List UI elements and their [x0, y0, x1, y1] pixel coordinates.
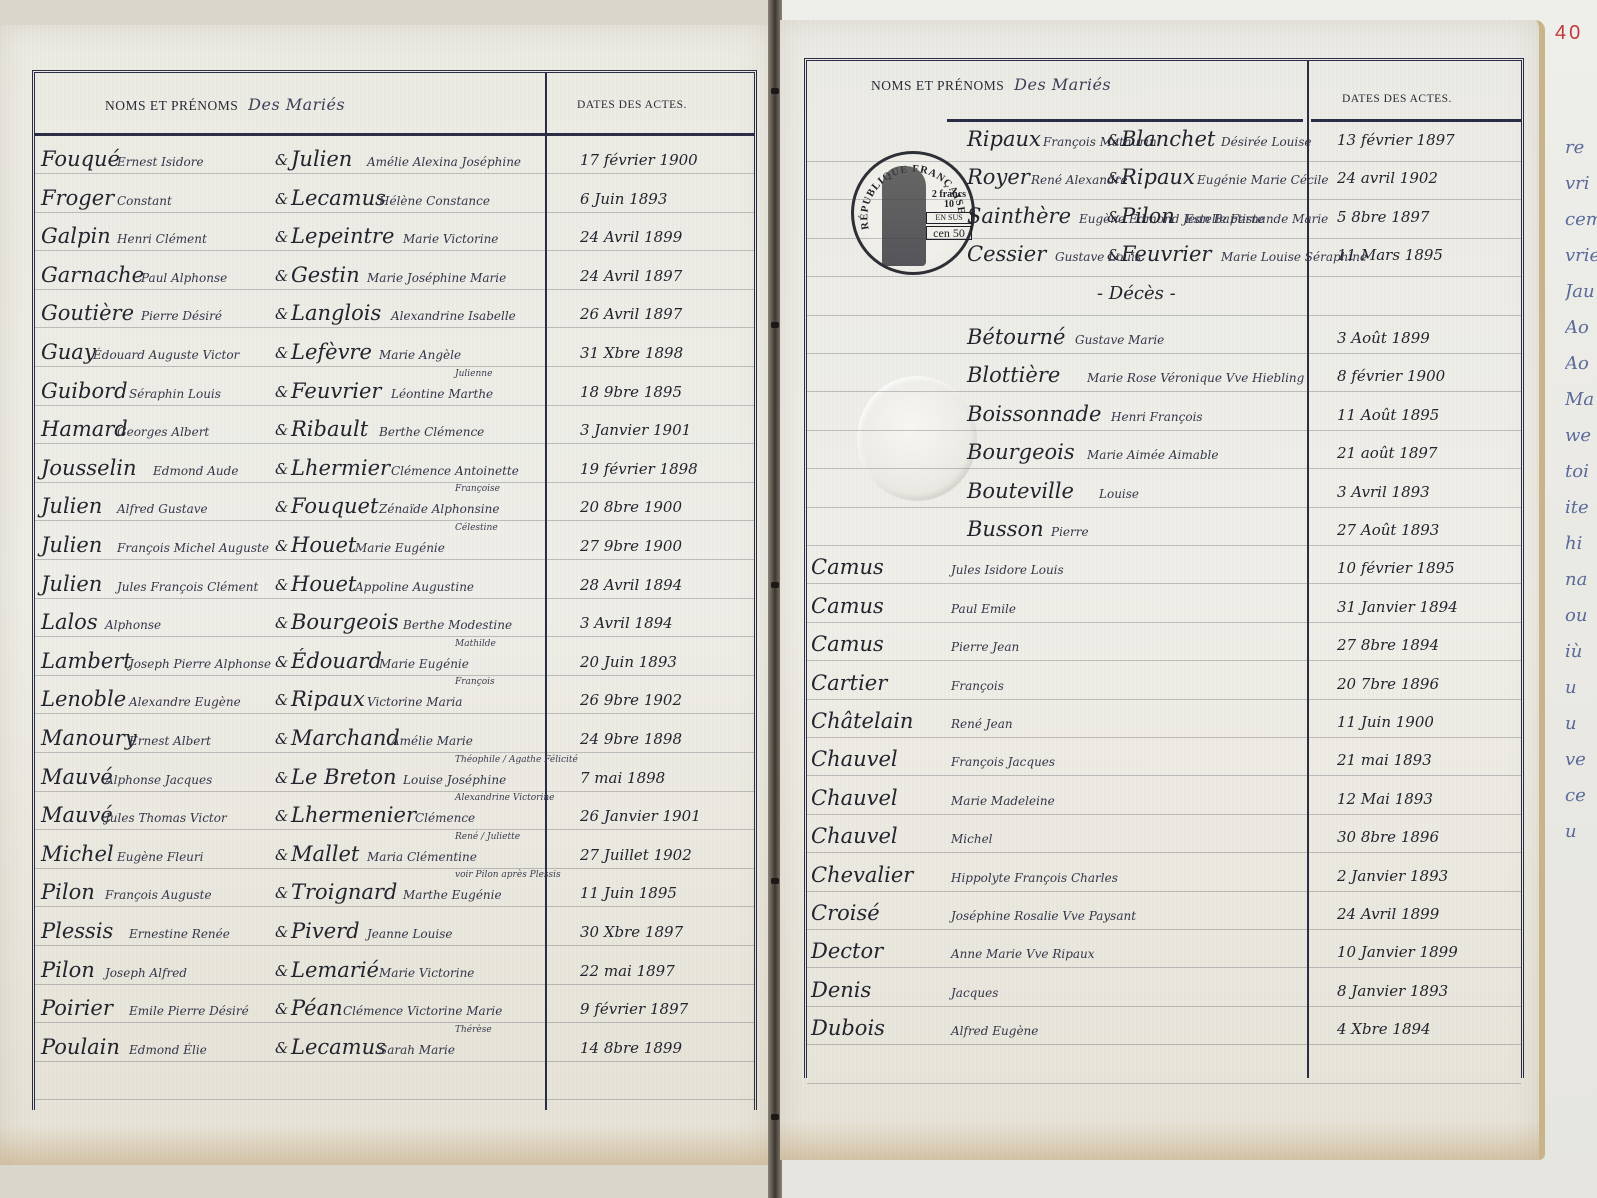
death-entry: ChâtelainRené Jean11 Juin 1900	[807, 705, 1521, 743]
deceased-surname: Camus	[811, 594, 884, 618]
annotation: Françoise	[455, 484, 500, 494]
bride-given-names: Louise Joséphine	[403, 773, 506, 787]
deceased-surname: Chauvel	[811, 786, 898, 810]
groom-given-names: Alfred Gustave	[117, 502, 208, 516]
bride-surname: Mallet	[291, 842, 359, 866]
groom-surname: Mauvé	[41, 803, 113, 827]
death-entry: CartierFrançois20 7bre 1896	[807, 667, 1521, 705]
bride-given-names: Hélène Constance	[379, 194, 490, 208]
bride-given-names: Marthe Eugénie	[403, 888, 502, 902]
marriage-entry: JousselinEdmond Aude&LhermierClémence An…	[35, 452, 754, 490]
ampersand: &	[275, 884, 288, 902]
bride-surname: Julien	[291, 147, 352, 171]
deceased-given-names: Alfred Eugène	[951, 1024, 1038, 1038]
act-date: 30 8bre 1896	[1337, 828, 1439, 846]
deceased-surname: Châtelain	[811, 709, 913, 733]
ampersand: &	[275, 383, 288, 401]
death-entry: CamusJules Isidore Louis10 février 1895	[807, 551, 1521, 589]
ampersand: &	[275, 962, 288, 980]
bride-surname: Houet	[291, 572, 356, 596]
bride-surname: Lhermenier	[291, 803, 416, 827]
deceased-surname: Bouteville	[967, 479, 1074, 503]
act-date: 14 8bre 1899	[580, 1039, 682, 1057]
deceased-given-names: Louise	[1099, 487, 1139, 501]
act-date: 24 avril 1902	[1337, 169, 1438, 187]
groom-given-names: François Michel Auguste	[117, 541, 269, 555]
annotation: Célestine	[455, 523, 498, 533]
page-number: 40	[1555, 22, 1583, 45]
margin-note: cem	[1565, 202, 1597, 238]
dates-column-header: DATES DES ACTES.	[1342, 93, 1452, 105]
margin-note: u	[1565, 706, 1597, 742]
groom-surname: Poirier	[41, 996, 113, 1020]
marriage-entry: GuibordSéraphin Louis&FeuvrierLéontine M…	[35, 375, 754, 413]
deceased-surname: Blottière	[967, 363, 1060, 387]
binding-stitch	[771, 88, 779, 94]
deceased-given-names: Pierre	[1051, 525, 1089, 539]
deceased-surname: Chauvel	[811, 824, 898, 848]
marriage-entry: PilonJoseph Alfred&LemariéMarie Victorin…	[35, 954, 754, 992]
deceased-given-names: Marie Rose Véronique Vve Hiebling	[1087, 371, 1304, 385]
margin-note: Ao	[1565, 346, 1597, 382]
marriage-entry: RipauxFrançois Mathurin&BlanchetDésirée …	[807, 123, 1521, 161]
ampersand: &	[1107, 131, 1120, 149]
names-header-handwritten: Des Mariés	[1014, 75, 1111, 94]
act-date: 31 Janvier 1894	[1337, 598, 1458, 616]
marriage-entry: MichelEugène Fleuri&MalletMaria Clémenti…	[35, 838, 754, 876]
act-date: 11 Juin 1900	[1337, 713, 1434, 731]
groom-given-names: Alphonse Jacques	[105, 773, 212, 787]
groom-surname: Michel	[41, 842, 114, 866]
act-date: 27 Août 1893	[1337, 521, 1439, 539]
bride-surname: Ripaux	[1121, 165, 1195, 189]
ampersand: &	[275, 923, 288, 941]
bride-given-names: Berthe Modestine	[403, 618, 512, 632]
death-entry: BussonPierre27 Août 1893	[807, 513, 1521, 551]
groom-surname: Julien	[41, 572, 102, 596]
deaths-section-title: - Décès -	[1097, 283, 1176, 304]
annotation: René / Juliette	[455, 832, 520, 842]
act-date: 8 février 1900	[1337, 367, 1445, 385]
deceased-surname: Croisé	[811, 901, 880, 925]
act-date: 6 Juin 1893	[580, 190, 667, 208]
groom-surname: Julien	[41, 533, 102, 557]
act-date: 20 8bre 1900	[580, 498, 682, 516]
bride-surname: Piverd	[291, 919, 360, 943]
ampersand: &	[275, 807, 288, 825]
act-date: 3 Août 1899	[1337, 329, 1430, 347]
deceased-given-names: Jacques	[951, 986, 998, 1000]
act-date: 3 Avril 1893	[1337, 483, 1430, 501]
act-date: 10 février 1895	[1337, 559, 1455, 577]
bride-surname: Le Breton	[291, 765, 397, 789]
death-entry: BoissonnadeHenri François11 Août 1895	[807, 398, 1521, 436]
binding-stitch	[771, 878, 779, 884]
deceased-given-names: Anne Marie Vve Ripaux	[951, 947, 1095, 961]
death-entry: ChauvelMichel30 8bre 1896	[807, 820, 1521, 858]
bride-surname: Feuvrier	[1121, 242, 1211, 266]
annotation: voir Pilon après Plessis	[455, 870, 561, 880]
death-entry: DectorAnne Marie Vve Ripaux10 Janvier 18…	[807, 935, 1521, 973]
marriage-entry: PoirierEmile Pierre Désiré&PéanClémence …	[35, 992, 754, 1030]
deceased-surname: Cartier	[811, 671, 887, 695]
bride-surname: Ripaux	[291, 687, 365, 711]
bride-given-names: Berthe Clémence	[379, 425, 484, 439]
groom-surname: Mauvé	[41, 765, 113, 789]
groom-surname: Garnache	[41, 263, 144, 287]
death-entry: CroiséJoséphine Rosalie Vve Paysant24 Av…	[807, 897, 1521, 935]
ruled-line	[807, 1083, 1521, 1084]
names-column-header: NOMS ET PRÉNOMS Des Mariés	[871, 75, 1111, 94]
groom-given-names: Paul Alphonse	[141, 271, 227, 285]
binding-stitch	[771, 582, 779, 588]
groom-surname: Poulain	[41, 1035, 120, 1059]
marriage-entry: GarnachePaul Alphonse&GestinMarie Joséph…	[35, 259, 754, 297]
register-table-right: NOMS ET PRÉNOMS Des Mariés DATES DES ACT…	[804, 58, 1524, 1078]
act-date: 20 7bre 1896	[1337, 675, 1439, 693]
marriage-entry: MauvéJules Thomas Victor&LhermenierCléme…	[35, 799, 754, 837]
ruled-line	[807, 276, 1521, 277]
bride-given-names: Marie Angèle	[379, 348, 461, 362]
register-table-left: NOMS ET PRÉNOMS Des Mariés DATES DES ACT…	[32, 70, 757, 1110]
groom-given-names: Alexandre Eugène	[129, 695, 241, 709]
bride-surname: Houet	[291, 533, 356, 557]
ampersand: &	[1107, 246, 1120, 264]
ampersand: &	[275, 151, 288, 169]
paper-stain	[0, 1125, 770, 1165]
act-date: 20 Juin 1893	[580, 653, 677, 671]
act-date: 4 Xbre 1894	[1337, 1020, 1431, 1038]
groom-surname: Fouqué	[41, 147, 120, 171]
bride-surname: Lhermier	[291, 456, 390, 480]
marriage-entry: LambertJoseph Pierre Alphonse&ÉdouardMar…	[35, 645, 754, 683]
groom-surname: Manoury	[41, 726, 137, 750]
binding-stitch	[771, 1114, 779, 1120]
header-rule	[1311, 119, 1521, 122]
bride-given-names: Clémence Antoinette	[391, 464, 519, 478]
bride-surname: Édouard	[291, 649, 382, 673]
deceased-given-names: Jules Isidore Louis	[951, 563, 1064, 577]
deceased-given-names: Gustave Marie	[1075, 333, 1164, 347]
deceased-given-names: François	[951, 679, 1004, 693]
bride-surname: Marchand	[291, 726, 400, 750]
groom-given-names: Edmond Élie	[129, 1043, 207, 1057]
groom-surname: Lenoble	[41, 687, 126, 711]
act-date: 22 mai 1897	[580, 962, 675, 980]
ampersand: &	[1107, 169, 1120, 187]
act-date: 26 Janvier 1901	[580, 807, 701, 825]
names-header-label: NOMS ET PRÉNOMS	[871, 78, 1004, 93]
bride-given-names: Amélie Alexina Joséphine	[367, 155, 521, 169]
marriage-entry: JulienJules François Clément&HouetAppoli…	[35, 568, 754, 606]
groom-given-names: Edmond Aude	[153, 464, 238, 478]
act-date: 27 9bre 1900	[580, 537, 682, 555]
groom-surname: Cessier	[967, 242, 1046, 266]
groom-given-names: Henri Clément	[117, 232, 207, 246]
ampersand: &	[275, 846, 288, 864]
ampersand: &	[275, 305, 288, 323]
groom-surname: Royer	[967, 165, 1030, 189]
bride-surname: Lemarié	[291, 958, 379, 982]
bride-given-names: Marie Joséphine Marie	[367, 271, 506, 285]
bride-surname: Pilon	[1121, 204, 1175, 228]
bride-surname: Blanchet	[1121, 127, 1215, 151]
header-rule	[947, 119, 1303, 122]
margin-note: ite	[1565, 490, 1597, 526]
deceased-surname: Camus	[811, 555, 884, 579]
groom-given-names: Emile Pierre Désiré	[129, 1004, 249, 1018]
ampersand: &	[275, 190, 288, 208]
act-date: 21 août 1897	[1337, 444, 1437, 462]
margin-note: re	[1565, 130, 1597, 166]
bride-given-names: Léontine Marthe	[391, 387, 493, 401]
act-date: 12 Mai 1893	[1337, 790, 1433, 808]
marriage-entry: MauvéAlphonse Jacques&Le BretonLouise Jo…	[35, 761, 754, 799]
deceased-surname: Bétourné	[967, 325, 1065, 349]
marriage-entry: JulienAlfred Gustave&FouquetZénaïde Alph…	[35, 490, 754, 528]
act-date: 11 Août 1895	[1337, 406, 1439, 424]
margin-note: we	[1565, 418, 1597, 454]
bride-surname: Lepeintre	[291, 224, 394, 248]
ampersand: &	[1107, 208, 1120, 226]
act-date: 26 Avril 1897	[580, 305, 682, 323]
left-page: NOMS ET PRÉNOMS Des Mariés DATES DES ACT…	[0, 25, 770, 1165]
deceased-surname: Chevalier	[811, 863, 913, 887]
deceased-given-names: Pierre Jean	[951, 640, 1019, 654]
marriage-entry: FrogerConstant&LecamusHélène Constance6 …	[35, 182, 754, 220]
groom-given-names: Pierre Désiré	[141, 309, 222, 323]
act-date: 5 8bre 1897	[1337, 208, 1429, 226]
header-rule	[35, 133, 754, 136]
groom-surname: Guibord	[41, 379, 128, 403]
act-date: 11 Mars 1895	[1337, 246, 1443, 264]
marriage-entry: PoulainEdmond Élie&LecamusSarah MarieThé…	[35, 1031, 754, 1069]
margin-note: ou	[1565, 598, 1597, 634]
groom-given-names: Jules François Clément	[117, 580, 258, 594]
bride-given-names: Alexandrine Isabelle	[391, 309, 516, 323]
groom-given-names: Joseph Pierre Alphonse	[129, 657, 271, 671]
bride-surname: Troignard	[291, 880, 397, 904]
act-date: 8 Janvier 1893	[1337, 982, 1448, 1000]
act-date: 2 Janvier 1893	[1337, 867, 1448, 885]
groom-surname: Pilon	[41, 958, 95, 982]
groom-surname: Julien	[41, 494, 102, 518]
marriage-entry: GoutièrePierre Désiré&LangloisAlexandrin…	[35, 297, 754, 335]
act-date: 3 Janvier 1901	[580, 421, 691, 439]
act-date: 9 février 1897	[580, 1000, 688, 1018]
act-date: 7 mai 1898	[580, 769, 665, 787]
death-entry: BourgeoisMarie Aimée Aimable21 août 1897	[807, 436, 1521, 474]
ampersand: &	[275, 228, 288, 246]
margin-notes: revricemvrieJauAoAoMawetoiitehinaouiùuuv…	[1565, 130, 1597, 850]
margin-note: u	[1565, 814, 1597, 850]
names-header-label: NOMS ET PRÉNOMS	[105, 98, 238, 113]
deceased-given-names: Michel	[951, 832, 993, 846]
bride-surname: Lecamus	[291, 1035, 386, 1059]
ampersand: &	[275, 691, 288, 709]
bride-given-names: Marie Victorine	[379, 966, 474, 980]
groom-given-names: Jules Thomas Victor	[105, 811, 227, 825]
deceased-surname: Dubois	[811, 1016, 885, 1040]
groom-surname: Lambert	[41, 649, 132, 673]
groom-surname: Pilon	[41, 880, 95, 904]
ampersand: &	[275, 653, 288, 671]
deceased-surname: Boissonnade	[967, 402, 1101, 426]
marriage-entry: JulienFrançois Michel Auguste&HouetMarie…	[35, 529, 754, 567]
death-entry: ChevalierHippolyte François Charles2 Jan…	[807, 859, 1521, 897]
deceased-given-names: François Jacques	[951, 755, 1055, 769]
deceased-given-names: Joséphine Rosalie Vve Paysant	[951, 909, 1136, 923]
act-date: 28 Avril 1894	[580, 576, 682, 594]
margin-note: na	[1565, 562, 1597, 598]
bride-given-names: Zénaïde Alphonsine	[379, 502, 499, 516]
act-date: 10 Janvier 1899	[1337, 943, 1458, 961]
annotation: Julienne	[455, 369, 492, 379]
paper-stain	[780, 1120, 1539, 1160]
bride-surname: Bourgeois	[291, 610, 399, 634]
act-date: 27 Juillet 1902	[580, 846, 692, 864]
margin-note: u	[1565, 670, 1597, 706]
dates-column-header: DATES DES ACTES.	[577, 99, 687, 111]
ampersand: &	[275, 769, 288, 787]
bride-given-names: Amélie Marie	[391, 734, 473, 748]
groom-surname: Goutière	[41, 301, 134, 325]
groom-surname: Jousselin	[41, 456, 137, 480]
deceased-given-names: Marie Aimée Aimable	[1087, 448, 1219, 462]
death-entry: BétournéGustave Marie3 Août 1899	[807, 321, 1521, 359]
deceased-surname: Camus	[811, 632, 884, 656]
bride-given-names: Désirée Louise	[1221, 135, 1312, 149]
death-entry: ChauvelFrançois Jacques21 mai 1893	[807, 743, 1521, 781]
groom-given-names: Joseph Alfred	[105, 966, 187, 980]
ampersand: &	[275, 1039, 288, 1057]
ruled-line	[35, 1099, 754, 1100]
ampersand: &	[275, 421, 288, 439]
act-date: 19 février 1898	[580, 460, 698, 478]
deceased-surname: Chauvel	[811, 747, 898, 771]
groom-surname: Lalos	[41, 610, 98, 634]
groom-surname: Ripaux	[967, 127, 1041, 151]
bride-given-names: Appoline Augustine	[355, 580, 474, 594]
ampersand: &	[275, 537, 288, 555]
bride-given-names: Clémence	[415, 811, 475, 825]
margin-note: toi	[1565, 454, 1597, 490]
deceased-surname: Denis	[811, 978, 871, 1002]
ampersand: &	[275, 614, 288, 632]
deceased-surname: Dector	[811, 939, 883, 963]
deceased-surname: Bourgeois	[967, 440, 1075, 464]
deceased-given-names: Henri François	[1111, 410, 1203, 424]
deceased-given-names: Marie Madeleine	[951, 794, 1055, 808]
groom-given-names: Eugène Fleuri	[117, 850, 203, 864]
bride-given-names: Victorine Maria	[367, 695, 462, 709]
act-date: 26 9bre 1902	[580, 691, 682, 709]
death-entry: ChauvelMarie Madeleine12 Mai 1893	[807, 782, 1521, 820]
marriage-entry: FouquéErnest Isidore&JulienAmélie Alexin…	[35, 143, 754, 181]
bride-given-names: Sarah Marie	[379, 1043, 455, 1057]
act-date: 24 Avril 1899	[1337, 905, 1439, 923]
bride-given-names: Maria Clémentine	[367, 850, 477, 864]
annotation: Thérèse	[455, 1025, 492, 1035]
groom-given-names: Constant	[117, 194, 172, 208]
margin-note: hi	[1565, 526, 1597, 562]
marriage-entry: RoyerRené Alexandre&RipauxEugénie Marie …	[807, 161, 1521, 199]
margin-note: vri	[1565, 166, 1597, 202]
ampersand: &	[275, 1000, 288, 1018]
names-column-header: NOMS ET PRÉNOMS Des Mariés	[105, 95, 345, 114]
margin-note: vrie	[1565, 238, 1597, 274]
ampersand: &	[275, 460, 288, 478]
margin-note: ce	[1565, 778, 1597, 814]
ruled-line	[807, 315, 1521, 316]
groom-surname: Sainthère	[967, 204, 1071, 228]
deceased-given-names: Paul Emile	[951, 602, 1016, 616]
margin-note: Ao	[1565, 310, 1597, 346]
act-date: 24 Avril 1897	[580, 267, 682, 285]
groom-surname: Plessis	[41, 919, 113, 943]
groom-given-names: Séraphin Louis	[129, 387, 221, 401]
death-entry: CamusPierre Jean27 8bre 1894	[807, 628, 1521, 666]
binding-stitch	[771, 322, 779, 328]
groom-given-names: Georges Albert	[117, 425, 209, 439]
marriage-entry: HamardGeorges Albert&RibaultBerthe Cléme…	[35, 413, 754, 451]
bride-given-names: Eugénie Marie Cécile	[1197, 173, 1328, 187]
ampersand: &	[275, 576, 288, 594]
death-entry: BlottièreMarie Rose Véronique Vve Hiebli…	[807, 359, 1521, 397]
bride-surname: Péan	[291, 996, 343, 1020]
act-date: 3 Avril 1894	[580, 614, 673, 632]
bride-surname: Langlois	[291, 301, 381, 325]
act-date: 24 9bre 1898	[580, 730, 682, 748]
bride-given-names: Estelle Fernande Marie	[1185, 212, 1328, 226]
annotation: Mathilde	[455, 639, 496, 649]
margin-note: Jau	[1565, 274, 1597, 310]
marriage-entry: ManouryErnest Albert&MarchandAmélie Mari…	[35, 722, 754, 760]
bride-surname: Lefèvre	[291, 340, 372, 364]
death-entry: DenisJacques8 Janvier 1893	[807, 974, 1521, 1012]
bride-given-names: Marie Eugénie	[355, 541, 445, 555]
bride-surname: Ribault	[291, 417, 368, 441]
margin-note: Ma	[1565, 382, 1597, 418]
ampersand: &	[275, 498, 288, 516]
groom-given-names: Ernest Albert	[129, 734, 211, 748]
groom-surname: Froger	[41, 186, 114, 210]
bride-surname: Gestin	[291, 263, 360, 287]
ampersand: &	[275, 267, 288, 285]
marriage-entry: GuayÉdouard Auguste Victor&LefèvreMarie …	[35, 336, 754, 374]
bride-given-names: Clémence Victorine Marie	[343, 1004, 502, 1018]
act-date: 21 mai 1893	[1337, 751, 1432, 769]
bride-given-names: Marie Victorine	[403, 232, 498, 246]
deceased-given-names: Hippolyte François Charles	[951, 871, 1118, 885]
death-entry: BoutevilleLouise3 Avril 1893	[807, 475, 1521, 513]
groom-surname: Guay	[41, 340, 96, 364]
bride-surname: Feuvrier	[291, 379, 381, 403]
annotation: Théophile / Agathe Félicité	[455, 755, 578, 765]
marriage-entry: LenobleAlexandre Eugène&RipauxVictorine …	[35, 683, 754, 721]
bride-surname: Lecamus	[291, 186, 386, 210]
death-entry: DuboisAlfred Eugène4 Xbre 1894	[807, 1012, 1521, 1050]
marriage-entry: PlessisErnestine Renée&PiverdJeanne Loui…	[35, 915, 754, 953]
act-date: 24 Avril 1899	[580, 228, 682, 246]
marriage-entry: CessierGustave Louis&FeuvrierMarie Louis…	[807, 238, 1521, 276]
marriage-entry: GalpinHenri Clément&LepeintreMarie Victo…	[35, 220, 754, 258]
names-header-handwritten: Des Mariés	[248, 95, 345, 114]
death-entry: CamusPaul Emile31 Janvier 1894	[807, 590, 1521, 628]
ampersand: &	[275, 344, 288, 362]
ampersand: &	[275, 730, 288, 748]
groom-given-names: Ernestine Renée	[129, 927, 230, 941]
